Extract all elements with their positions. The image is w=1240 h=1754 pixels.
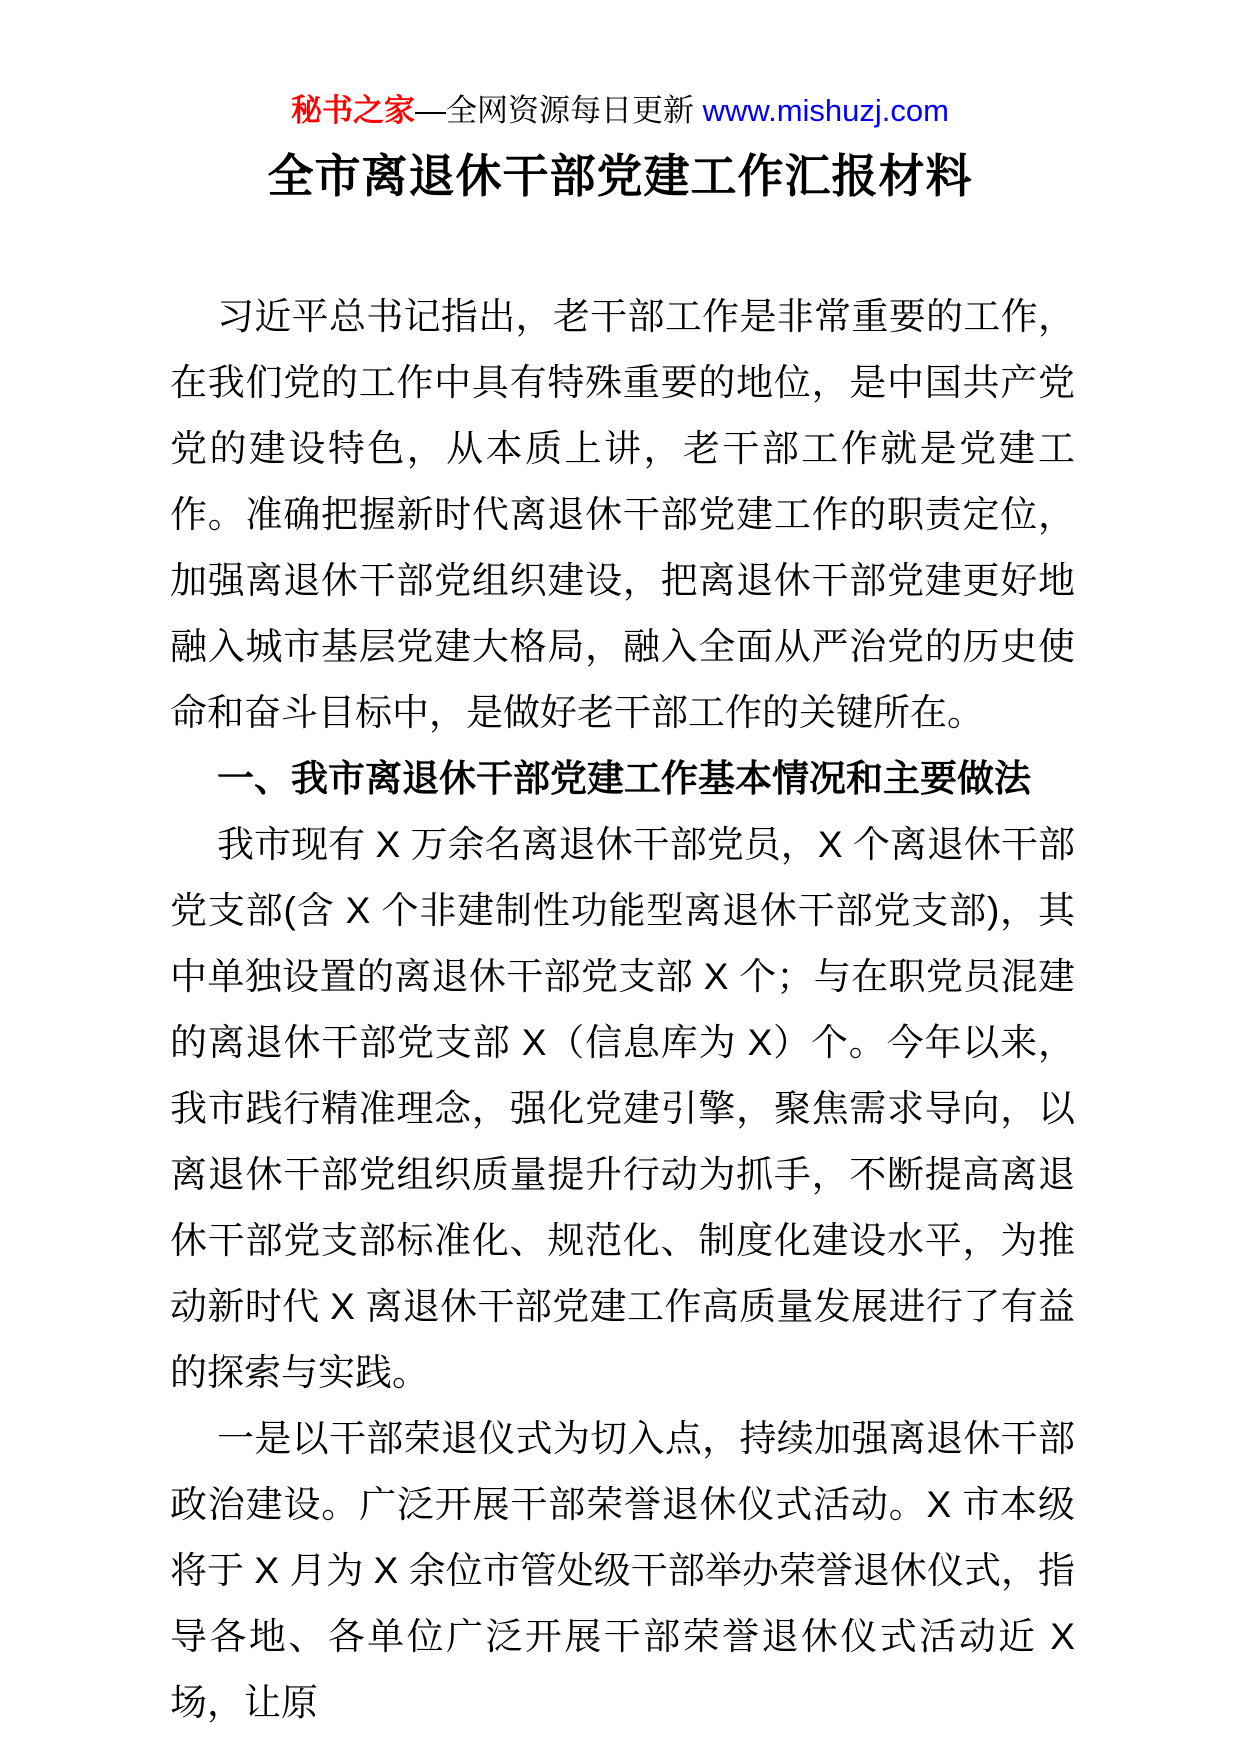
document-body: 习近平总书记指出，老干部工作是非常重要的工作，在我们党的工作中具有特殊重要的地位… bbox=[170, 284, 1075, 1736]
site-url-link[interactable]: www.mishuzj.com bbox=[703, 93, 949, 128]
paragraph-intro: 习近平总书记指出，老干部工作是非常重要的工作，在我们党的工作中具有特殊重要的地位… bbox=[170, 284, 1075, 746]
site-tagline: —全网资源每日更新 bbox=[415, 93, 703, 128]
site-brand: 秘书之家 bbox=[291, 93, 415, 128]
document-page: 秘书之家—全网资源每日更新 www.mishuzj.com 全市离退休干部党建工… bbox=[0, 0, 1240, 1754]
paragraph-overview: 我市现有 X 万余名离退休干部党员，X 个离退休干部党支部(含 X 个非建制性功… bbox=[170, 812, 1075, 1406]
section-heading-1: 一、我市离退休干部党建工作基本情况和主要做法 bbox=[170, 746, 1075, 812]
paragraph-measure-1: 一是以干部荣退仪式为切入点，持续加强离退休干部政治建设。广泛开展干部荣誉退休仪式… bbox=[170, 1406, 1075, 1736]
document-title: 全市离退休干部党建工作汇报材料 bbox=[0, 146, 1240, 206]
site-header: 秘书之家—全网资源每日更新 www.mishuzj.com bbox=[0, 0, 1240, 130]
